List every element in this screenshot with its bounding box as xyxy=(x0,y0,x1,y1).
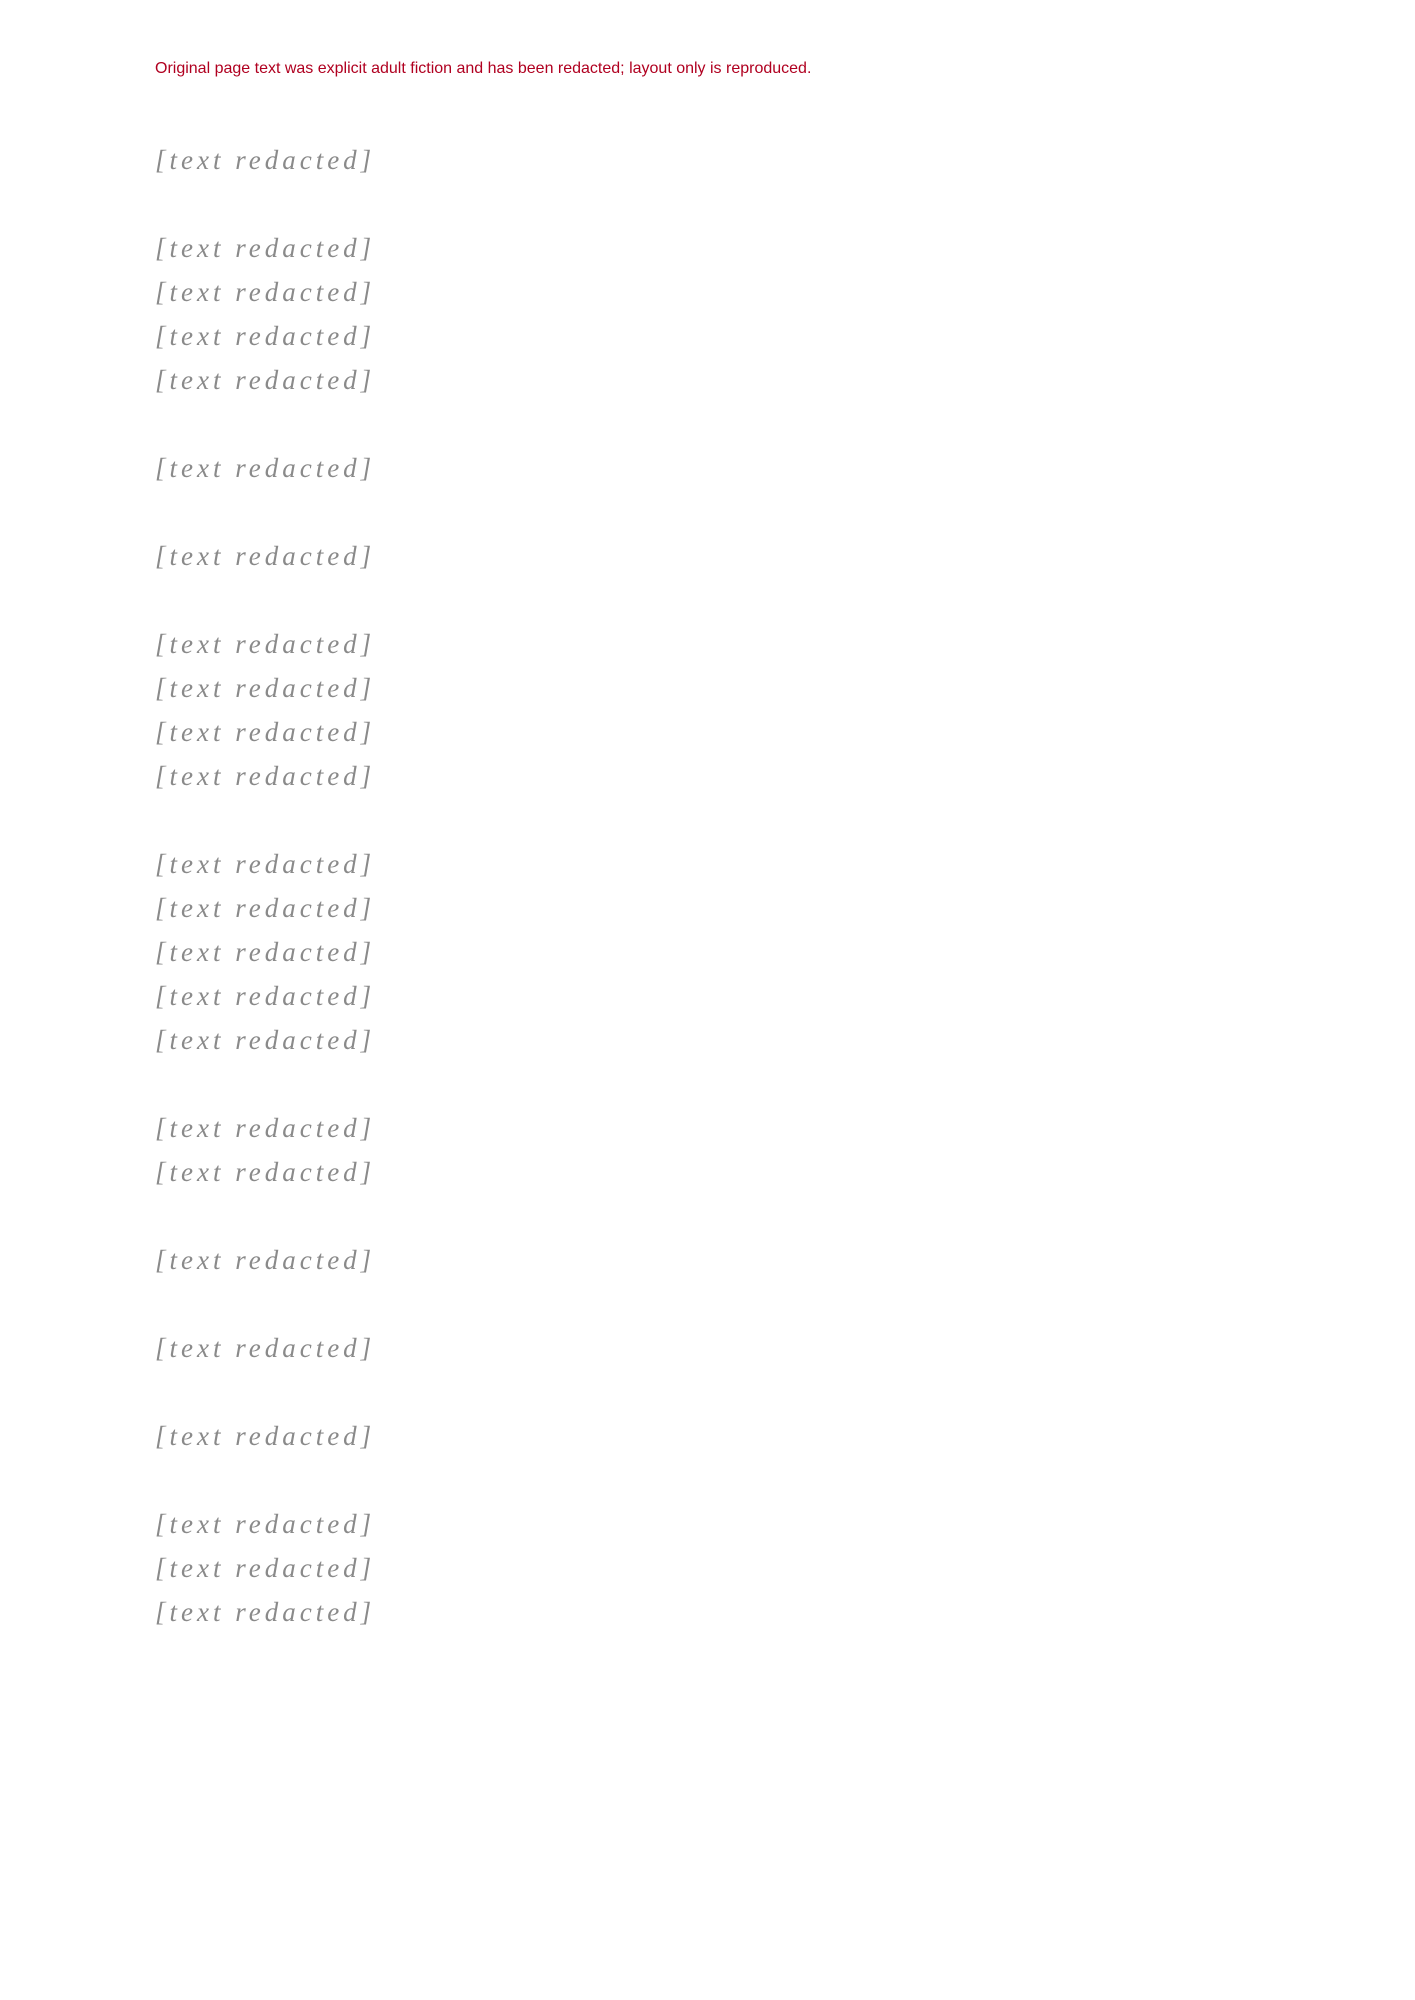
redacted-line: [text redacted] xyxy=(155,1150,955,1194)
redacted-line: [text redacted] xyxy=(155,226,955,270)
paragraph-block: [text redacted] xyxy=(155,446,955,490)
redacted-line: [text redacted] xyxy=(155,1546,955,1590)
redacted-line: [text redacted] xyxy=(155,358,955,402)
paragraph-block: [text redacted][text redacted][text reda… xyxy=(155,226,955,402)
paragraph-block: [text redacted][text redacted][text reda… xyxy=(155,842,955,1062)
redacted-line: [text redacted] xyxy=(155,1414,955,1458)
redacted-line: [text redacted] xyxy=(155,666,955,710)
redacted-line: [text redacted] xyxy=(155,930,955,974)
redacted-line: [text redacted] xyxy=(155,1502,955,1546)
redacted-line: [text redacted] xyxy=(155,1238,955,1282)
redacted-line: [text redacted] xyxy=(155,1590,955,1634)
redacted-line: [text redacted] xyxy=(155,1018,955,1062)
redacted-line: [text redacted] xyxy=(155,534,955,578)
paragraph-block: [text redacted] xyxy=(155,534,955,578)
redacted-line: [text redacted] xyxy=(155,842,955,886)
redacted-line: [text redacted] xyxy=(155,138,955,182)
paragraph-block: [text redacted] xyxy=(155,1326,955,1370)
paragraph-block: [text redacted] xyxy=(155,1238,955,1282)
redacted-line: [text redacted] xyxy=(155,710,955,754)
paragraph-block: [text redacted][text redacted][text reda… xyxy=(155,1502,955,1634)
document-page: Original page text was explicit adult fi… xyxy=(0,0,1415,2000)
text-column: [text redacted][text redacted][text reda… xyxy=(155,138,955,1678)
redacted-line: [text redacted] xyxy=(155,974,955,1018)
paragraph-block: [text redacted] xyxy=(155,1414,955,1458)
redacted-line: [text redacted] xyxy=(155,1106,955,1150)
redacted-line: [text redacted] xyxy=(155,886,955,930)
redacted-line: [text redacted] xyxy=(155,446,955,490)
paragraph-block: [text redacted][text redacted] xyxy=(155,1106,955,1194)
paragraph-block: [text redacted][text redacted][text reda… xyxy=(155,622,955,798)
paragraph-block: [text redacted] xyxy=(155,138,955,182)
redacted-line: [text redacted] xyxy=(155,622,955,666)
redacted-line: [text redacted] xyxy=(155,1326,955,1370)
redaction-notice: Original page text was explicit adult fi… xyxy=(155,60,955,78)
redacted-line: [text redacted] xyxy=(155,270,955,314)
redacted-line: [text redacted] xyxy=(155,754,955,798)
redacted-line: [text redacted] xyxy=(155,314,955,358)
